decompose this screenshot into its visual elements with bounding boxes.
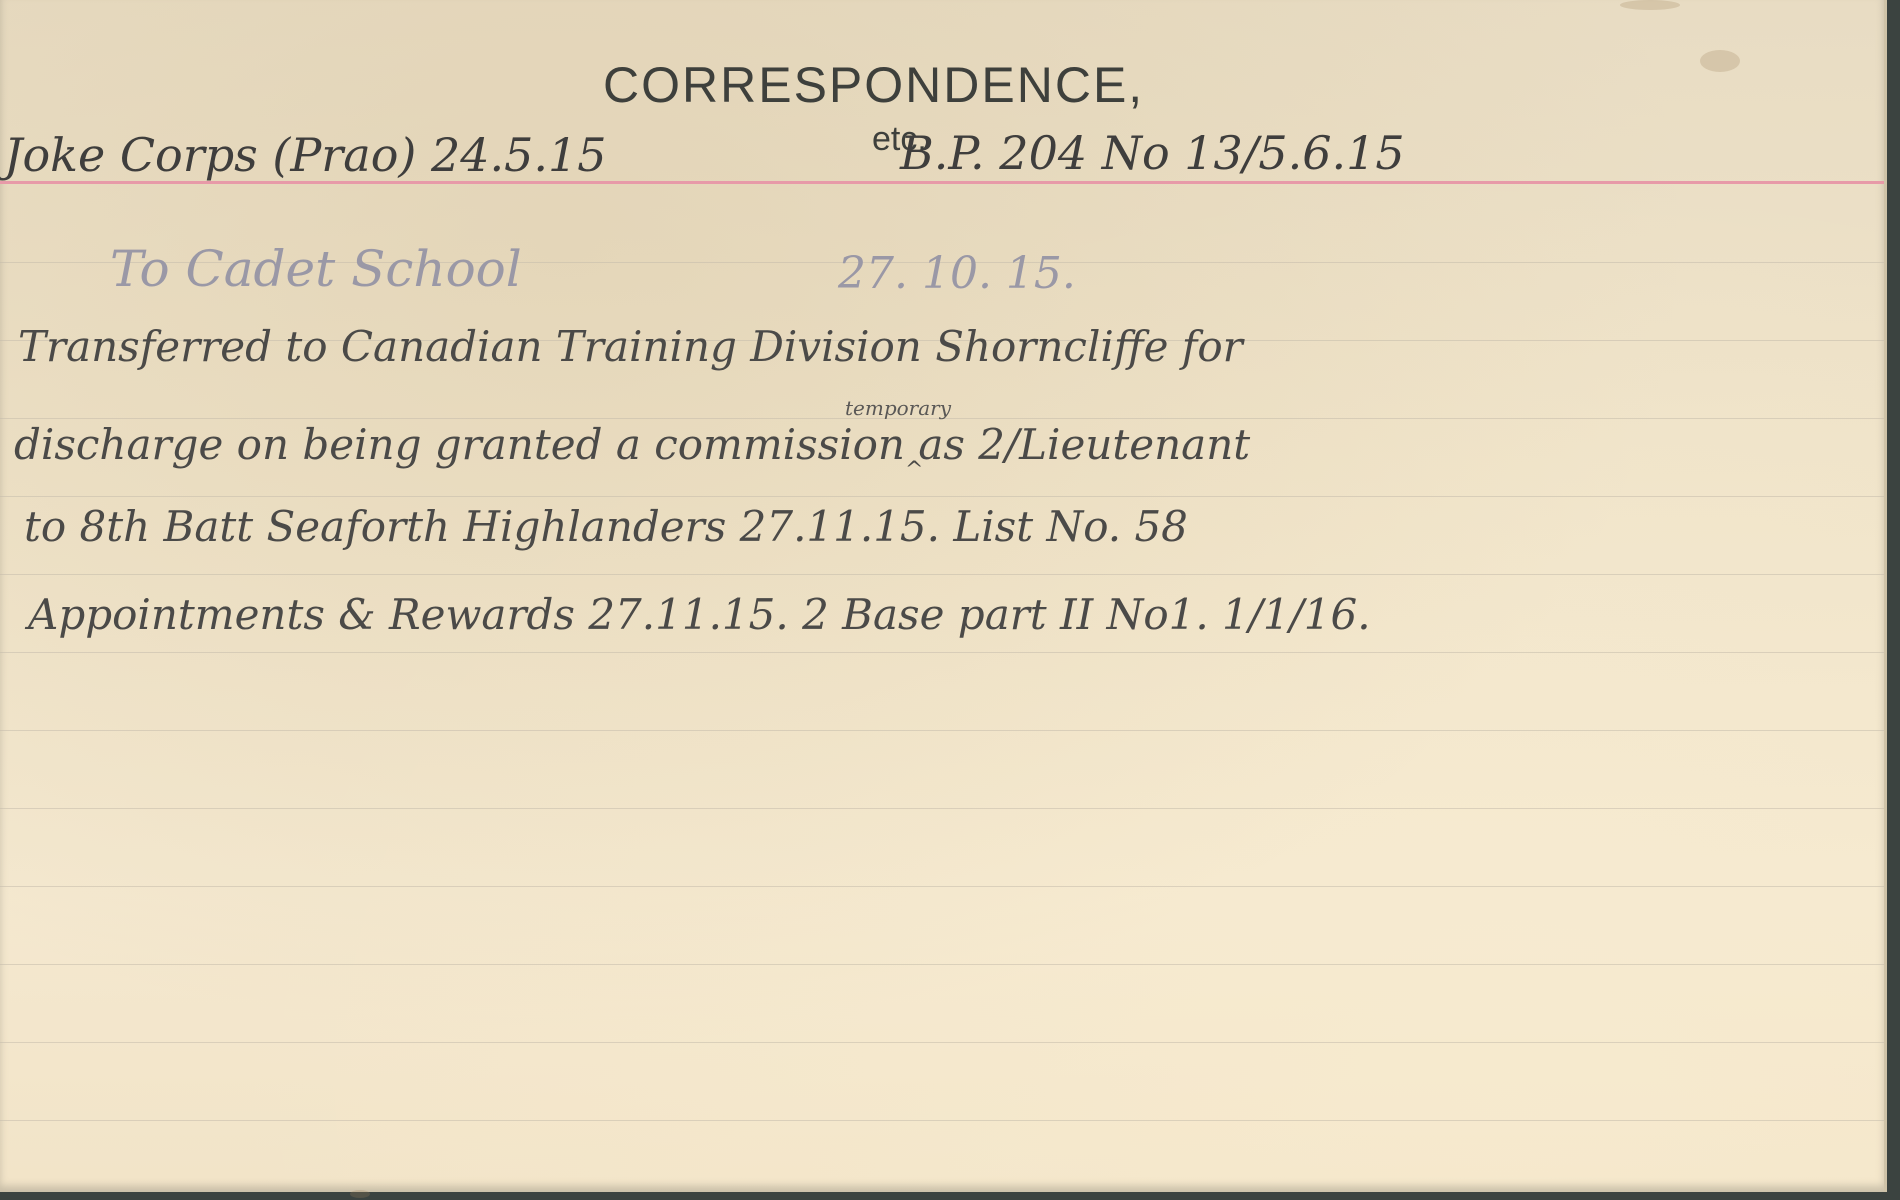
ruled-line bbox=[0, 652, 1884, 653]
ruled-line bbox=[0, 730, 1884, 731]
ruled-line bbox=[0, 1120, 1884, 1121]
entry-bp-reference: B.P. 204 No 13/5.6.15 bbox=[900, 126, 1405, 180]
entry-transfer-line-1: Transferred to Canadian Training Divisio… bbox=[18, 322, 1243, 371]
ruled-line bbox=[0, 886, 1884, 887]
ruled-line bbox=[0, 574, 1884, 575]
entry-transfer-line-2: discharge on being granted a commission … bbox=[14, 420, 1250, 469]
ruled-line bbox=[0, 808, 1884, 809]
card-title: CORRESPONDENCE, bbox=[603, 56, 1144, 114]
entry-cadet-school-date: 27. 10. 15. bbox=[838, 248, 1076, 299]
ruled-line bbox=[0, 496, 1884, 497]
paper-stain bbox=[350, 1190, 370, 1198]
entry-corps-posting: Joke Corps (Prao) 24.5.15 bbox=[4, 128, 607, 182]
entry-insert-temporary: temporary bbox=[845, 396, 951, 420]
entry-transfer-line-3: to 8th Batt Seaforth Highlanders 27.11.1… bbox=[24, 502, 1188, 551]
service-record-card: CORRESPONDENCE, etc. Joke Corps (Prao) 2… bbox=[0, 0, 1887, 1192]
ruled-line bbox=[0, 964, 1884, 965]
entry-cadet-school: To Cadet School bbox=[110, 240, 522, 298]
ruled-line bbox=[0, 1042, 1884, 1043]
paper-stain bbox=[1700, 50, 1740, 72]
paper-stain bbox=[1620, 0, 1680, 10]
entry-transfer-line-4: Appointments & Rewards 27.11.15. 2 Base … bbox=[28, 590, 1371, 639]
